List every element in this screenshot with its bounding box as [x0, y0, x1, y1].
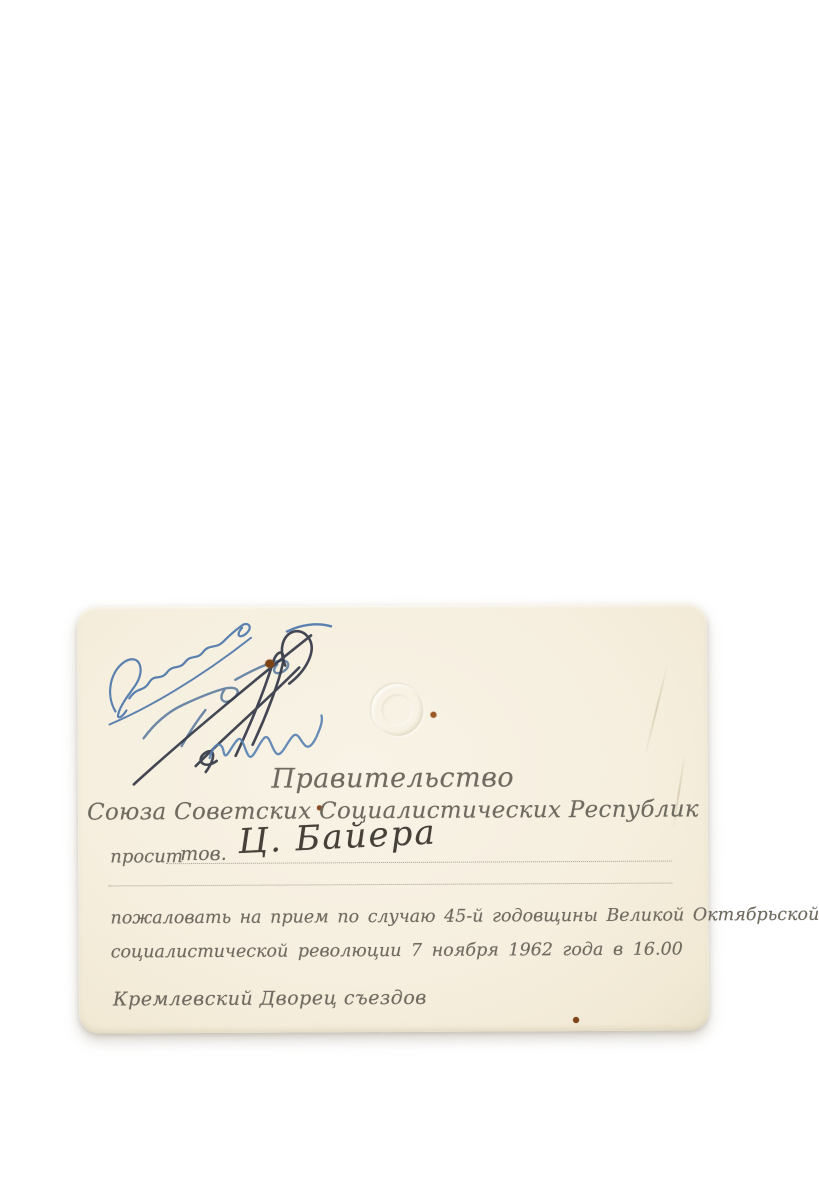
venue-line: Кремлевский Дворец съездов — [113, 987, 427, 1011]
invitation-body-line-1: пожаловать на прием по случаю 45-й годов… — [110, 905, 819, 929]
government-title: Правительство — [78, 761, 708, 795]
embossed-seal-inner-ring — [381, 694, 413, 726]
photo-background: Правительство Союза Советских Социалисти… — [0, 0, 819, 1197]
signature-ink-dark — [133, 631, 312, 784]
embossed-seal — [371, 684, 423, 736]
blank-dotted-line — [108, 864, 672, 887]
invitation-card: Правительство Союза Советских Социалисти… — [77, 603, 709, 1033]
comrade-label: тов. — [180, 843, 227, 865]
foxing-spot — [265, 660, 274, 668]
paper-crease — [644, 663, 668, 757]
foxing-spot — [573, 1017, 579, 1023]
invitation-body-line-2: социалистической революции 7 ноября 1962… — [111, 939, 683, 962]
foxing-spot — [430, 712, 436, 718]
